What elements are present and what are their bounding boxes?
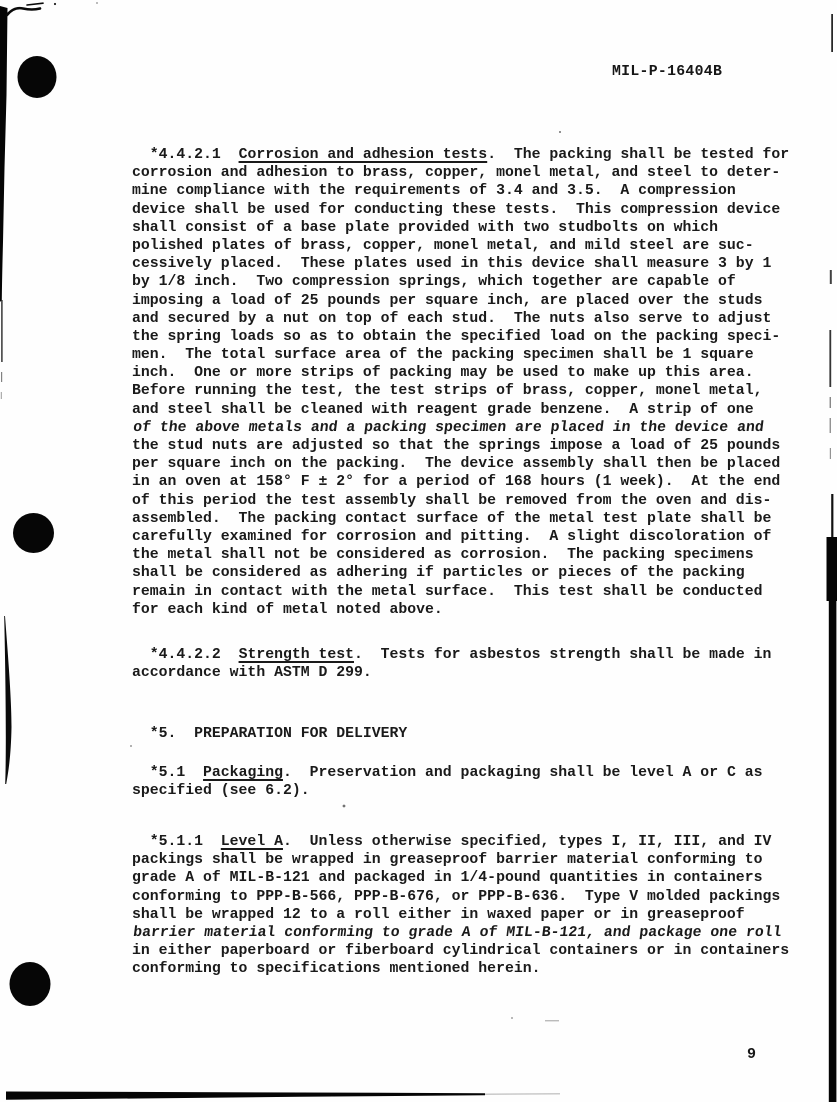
text-line: of this period the test assembly shall b… xyxy=(132,492,789,510)
text-line: *5.1 Packaging. Preservation and packagi… xyxy=(132,764,762,782)
text-line: mine compliance with the requirements of… xyxy=(132,182,789,200)
text-line: accordance with ASTM D 299. xyxy=(132,664,771,682)
text-line: corrosion and adhesion to brass, copper,… xyxy=(132,164,789,182)
text-line: for each kind of metal noted above. xyxy=(132,601,789,619)
text-line: barrier material conforming to grade A o… xyxy=(132,924,791,942)
text-line: Before running the test, the test strips… xyxy=(132,382,789,400)
text-line: assembled. The packing contact surface o… xyxy=(132,510,789,528)
text-line: in either paperboard or fiberboard cylin… xyxy=(132,942,789,960)
text-line: by 1/8 inch. Two compression springs, wh… xyxy=(132,273,789,291)
text-line: *5. PREPARATION FOR DELIVERY xyxy=(132,725,407,743)
text-line: shall be considered as adhering if parti… xyxy=(132,564,789,582)
text-line: *5.1.1 Level A. Unless otherwise specifi… xyxy=(132,833,789,851)
text-line: packings shall be wrapped in greaseproof… xyxy=(132,851,789,869)
text-line: per square inch on the packing. The devi… xyxy=(132,455,789,473)
paragraph-4.4.2.2: *4.4.2.2 Strength test. Tests for asbest… xyxy=(132,646,771,682)
text-line: *4.4.2.2 Strength test. Tests for asbest… xyxy=(132,646,771,664)
text-line: carefully examined for corrosion and pit… xyxy=(132,528,789,546)
text-line: and secured by a nut on top of each stud… xyxy=(132,310,789,328)
paragraph-5.1: *5.1 Packaging. Preservation and packagi… xyxy=(132,764,762,800)
text-line: and steel shall be cleaned with reagent … xyxy=(132,401,789,419)
scanned-page: MIL-P-16404B *4.4.2.1 Corrosion and adhe… xyxy=(0,0,837,1102)
text-line: cessively placed. These plates used in t… xyxy=(132,255,789,273)
text-line: remain in contact with the metal surface… xyxy=(132,583,789,601)
text-line: men. The total surface area of the packi… xyxy=(132,346,789,364)
paragraph-5: *5. PREPARATION FOR DELIVERY xyxy=(132,725,407,743)
text-line: specified (see 6.2). xyxy=(132,782,762,800)
paragraph-5.1.1: *5.1.1 Level A. Unless otherwise specifi… xyxy=(132,833,789,979)
text-line: polished plates of brass, copper, monel … xyxy=(132,237,789,255)
text-line: inch. One or more strips of packing may … xyxy=(132,364,789,382)
text-line: shall consist of a base plate provided w… xyxy=(132,219,789,237)
text-line: the metal shall not be considered as cor… xyxy=(132,546,789,564)
text-line: shall be wrapped 12 to a roll either in … xyxy=(132,906,789,924)
text-line: conforming to specifications mentioned h… xyxy=(132,960,789,978)
text-line: in an oven at 158° F ± 2° for a period o… xyxy=(132,473,789,491)
text-line: *4.4.2.1 Corrosion and adhesion tests. T… xyxy=(132,146,789,164)
text-line: the spring loads so as to obtain the spe… xyxy=(132,328,789,346)
text-line: of the above metals and a packing specim… xyxy=(132,419,791,437)
text-line: conforming to PPP-B-566, PPP-B-676, or P… xyxy=(132,888,789,906)
text-line: the stud nuts are adjusted so that the s… xyxy=(132,437,789,455)
page-number: 9 xyxy=(747,1046,756,1063)
paragraph-4.4.2.1: *4.4.2.1 Corrosion and adhesion tests. T… xyxy=(132,146,789,619)
text-line: grade A of MIL-B-121 and packaged in 1/4… xyxy=(132,869,789,887)
text-line: device shall be used for conducting thes… xyxy=(132,201,789,219)
document-body: *4.4.2.1 Corrosion and adhesion tests. T… xyxy=(0,0,837,1102)
text-line: imposing a load of 25 pounds per square … xyxy=(132,292,789,310)
